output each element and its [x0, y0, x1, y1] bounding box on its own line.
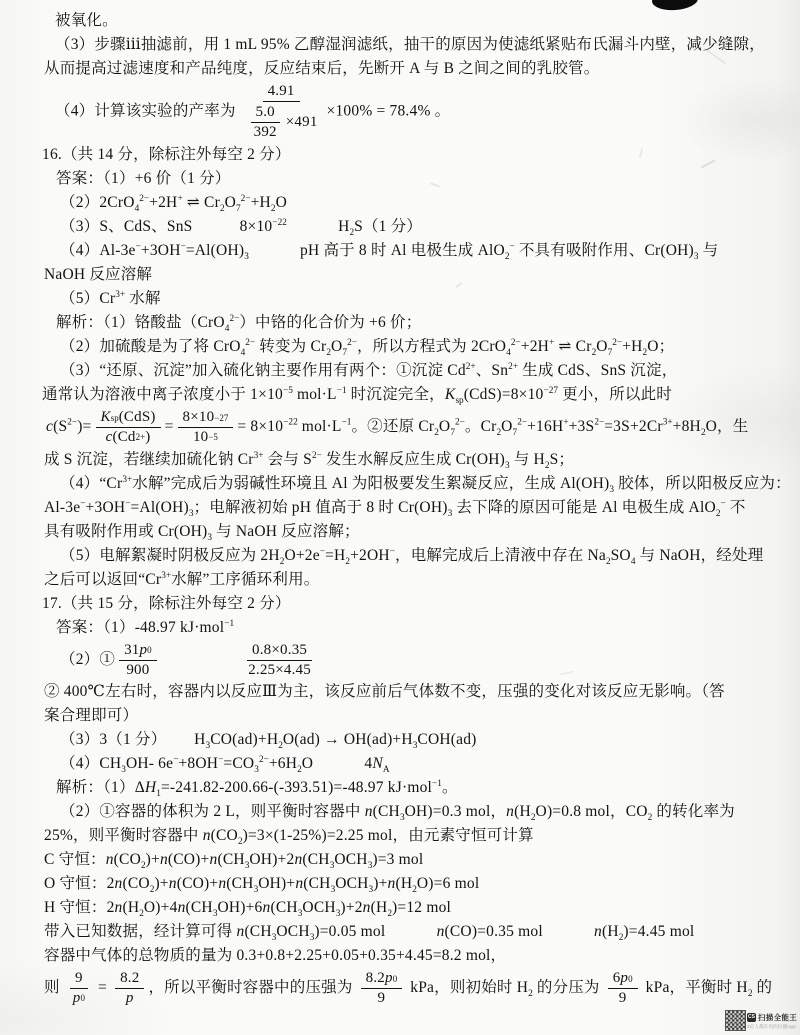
- doc-line-17: 成 S 沉淀，若继续加硫化钠 Cr3+ 会与 S2− 发生水解反应生成 Cr(O…: [0, 448, 800, 472]
- doc-line-22: 之后可以返回“Cr3+水解”工序循环利用。: [0, 568, 800, 592]
- doc-line-8: （3）S、CdS、SnS 8×10−22 H2S（1 分）: [0, 215, 800, 239]
- doc-line-21: （5）电解絮凝时阴极反应为 2H2O+2e−=H2+2OH−，电解完成后上清液中…: [0, 544, 800, 568]
- doc-line-6: 答案：（1）+6 价（1 分）: [0, 167, 800, 191]
- doc-line-28: （3）3（1 分） H3CO(ad)+H2O(ad) → OH(ad)+H3CO…: [0, 728, 800, 752]
- doc-line-23: 17.（共 15 分，除标注外每空 2 分）: [0, 592, 800, 616]
- camscanner-watermark: CS 扫描全能王 3亿人都在用的扫描App: [726, 1011, 797, 1030]
- doc-line-36: 带入已知数据，经计算可得 n(CH3OCH3)=0.05 mol n(CO)=0…: [0, 920, 800, 944]
- doc-line-37: 容器中气体的总物质的量为 0.3+0.8+2.25+0.05+0.35+4.45…: [0, 944, 800, 968]
- doc-line-5: 16.（共 14 分，除标注外每空 2 分）: [0, 143, 800, 167]
- fraction: 31p0900: [119, 641, 157, 680]
- doc-line-38: 则 9p0 = 8.2p，所以平衡时容器中的压强为 8.2p09 kPa，则初始…: [0, 968, 800, 1009]
- scanned-exam-page: 被氧化。（3）步骤ⅲ抽滤前，用 1 mL 95% 乙醇湿润滤纸，抽干的原因为使滤…: [0, 0, 800, 1035]
- fraction: 4.915.0392×491: [240, 82, 323, 142]
- fraction: 6p09: [608, 969, 638, 1008]
- doc-line-31: （2）①容器的体积为 2 L，则平衡时容器中 n(CH3OH)=0.3 mol，…: [0, 800, 800, 824]
- doc-line-32: 25%，则平衡时容器中 n(CO2)=3×(1-25%)=2.25 mol，由元…: [0, 824, 800, 848]
- doc-line-27: 案合理即可）: [0, 704, 800, 728]
- doc-line-24: 答案：（1）-48.97 kJ·mol−1: [0, 616, 800, 640]
- doc-line-19: Al-3e−+3OH−=Al(OH)3；电解液初始 pH 值高于 8 时 Cr(…: [0, 496, 800, 520]
- fraction: 8×10−2710−5: [178, 408, 234, 447]
- doc-line-26: ② 400℃左右时，容器内以反应Ⅲ为主，该反应前后气体数不变，压强的变化对该反应…: [0, 680, 800, 704]
- doc-line-16: c(S2−)=Ksp(CdS)c(Cd2+)=8×10−2710−5= 8×10…: [0, 407, 800, 448]
- answer-key-text: 被氧化。（3）步骤ⅲ抽滤前，用 1 mL 95% 乙醇湿润滤纸，抽干的原因为使滤…: [0, 9, 800, 1009]
- doc-line-20: 具有吸附作用或 Cr(OH)3 与 NaOH 反应溶解；: [0, 520, 800, 544]
- doc-line-15: 通常认为溶液中离子浓度小于 1×10−5 mol·L−1 时沉淀完全，Ksp(C…: [0, 383, 800, 407]
- fraction: 8.2p09: [361, 969, 403, 1008]
- doc-line-30: 解析：（1）ΔH1=-241.82-200.66-(-393.51)=-48.9…: [0, 776, 800, 800]
- fraction: 5.0392: [249, 103, 282, 142]
- watermark-subtext: 3亿人都在用的扫描App: [747, 1024, 797, 1030]
- doc-line-25: （2）①31p0900 0.8×0.352.25×4.45: [0, 640, 800, 681]
- fraction: 9p0: [68, 969, 90, 1008]
- fraction: 8.2p: [115, 969, 144, 1008]
- doc-line-13: （2）加硫酸是为了将 CrO42− 转变为 Cr2O72−，所以方程式为 2Cr…: [0, 335, 800, 359]
- doc-line-3: 从而提高过滤速度和产品纯度，反应结束后，先断开 A 与 B 之间之间的乳胶管。: [0, 57, 800, 81]
- doc-line-11: （5）Cr3+ 水解: [0, 287, 800, 311]
- camscanner-logo-icon: CS: [747, 1013, 756, 1022]
- doc-line-4: （4）计算该实验的产率为4.915.0392×491×100% = 78.4% …: [0, 81, 800, 143]
- doc-line-9: （4）Al-3e−+3OH−=Al(OH)3 pH 高于 8 时 Al 电极生成…: [0, 239, 800, 263]
- doc-line-35: H 守恒：2n(H2O)+4n(CH3OH)+6n(CH3OCH3)+2n(H2…: [0, 896, 800, 920]
- qr-code-icon: [726, 1011, 745, 1030]
- doc-line-1: 被氧化。: [0, 9, 800, 33]
- watermark-brand-text: 扫描全能王: [758, 1012, 797, 1023]
- doc-line-18: （4）“Cr3+水解”完成后为弱碱性环境且 Al 为阳极要发生絮凝反应，生成 A…: [0, 472, 800, 496]
- doc-line-33: C 守恒：n(CO2)+n(CO)+n(CH3OH)+2n(CH3OCH3)=3…: [0, 848, 800, 872]
- doc-line-10: NaOH 反应溶解: [0, 263, 800, 287]
- doc-line-14: （3）“还原、沉淀”加入硫化钠主要作用有两个：①沉淀 Cd2+、Sn2+ 生成 …: [0, 359, 800, 383]
- doc-line-29: （4）CH3OH- 6e−+8OH−=CO32−+6H2O 4NA: [0, 752, 800, 776]
- doc-line-2: （3）步骤ⅲ抽滤前，用 1 mL 95% 乙醇湿润滤纸，抽干的原因为使滤纸紧贴布…: [0, 33, 800, 57]
- doc-line-12: 解析：（1）铬酸盐（CrO42−）中铬的化合价为 +6 价；: [0, 311, 800, 335]
- fraction: Ksp(CdS)c(Cd2+): [96, 408, 161, 447]
- doc-line-7: （2）2CrO42−+2H+ ⇌ Cr2O72−+H2O: [0, 191, 800, 215]
- fraction: 0.8×0.352.25×4.45: [243, 641, 316, 680]
- doc-line-34: O 守恒：2n(CO2)+n(CO)+n(CH3OH)+n(CH3OCH3)+n…: [0, 872, 800, 896]
